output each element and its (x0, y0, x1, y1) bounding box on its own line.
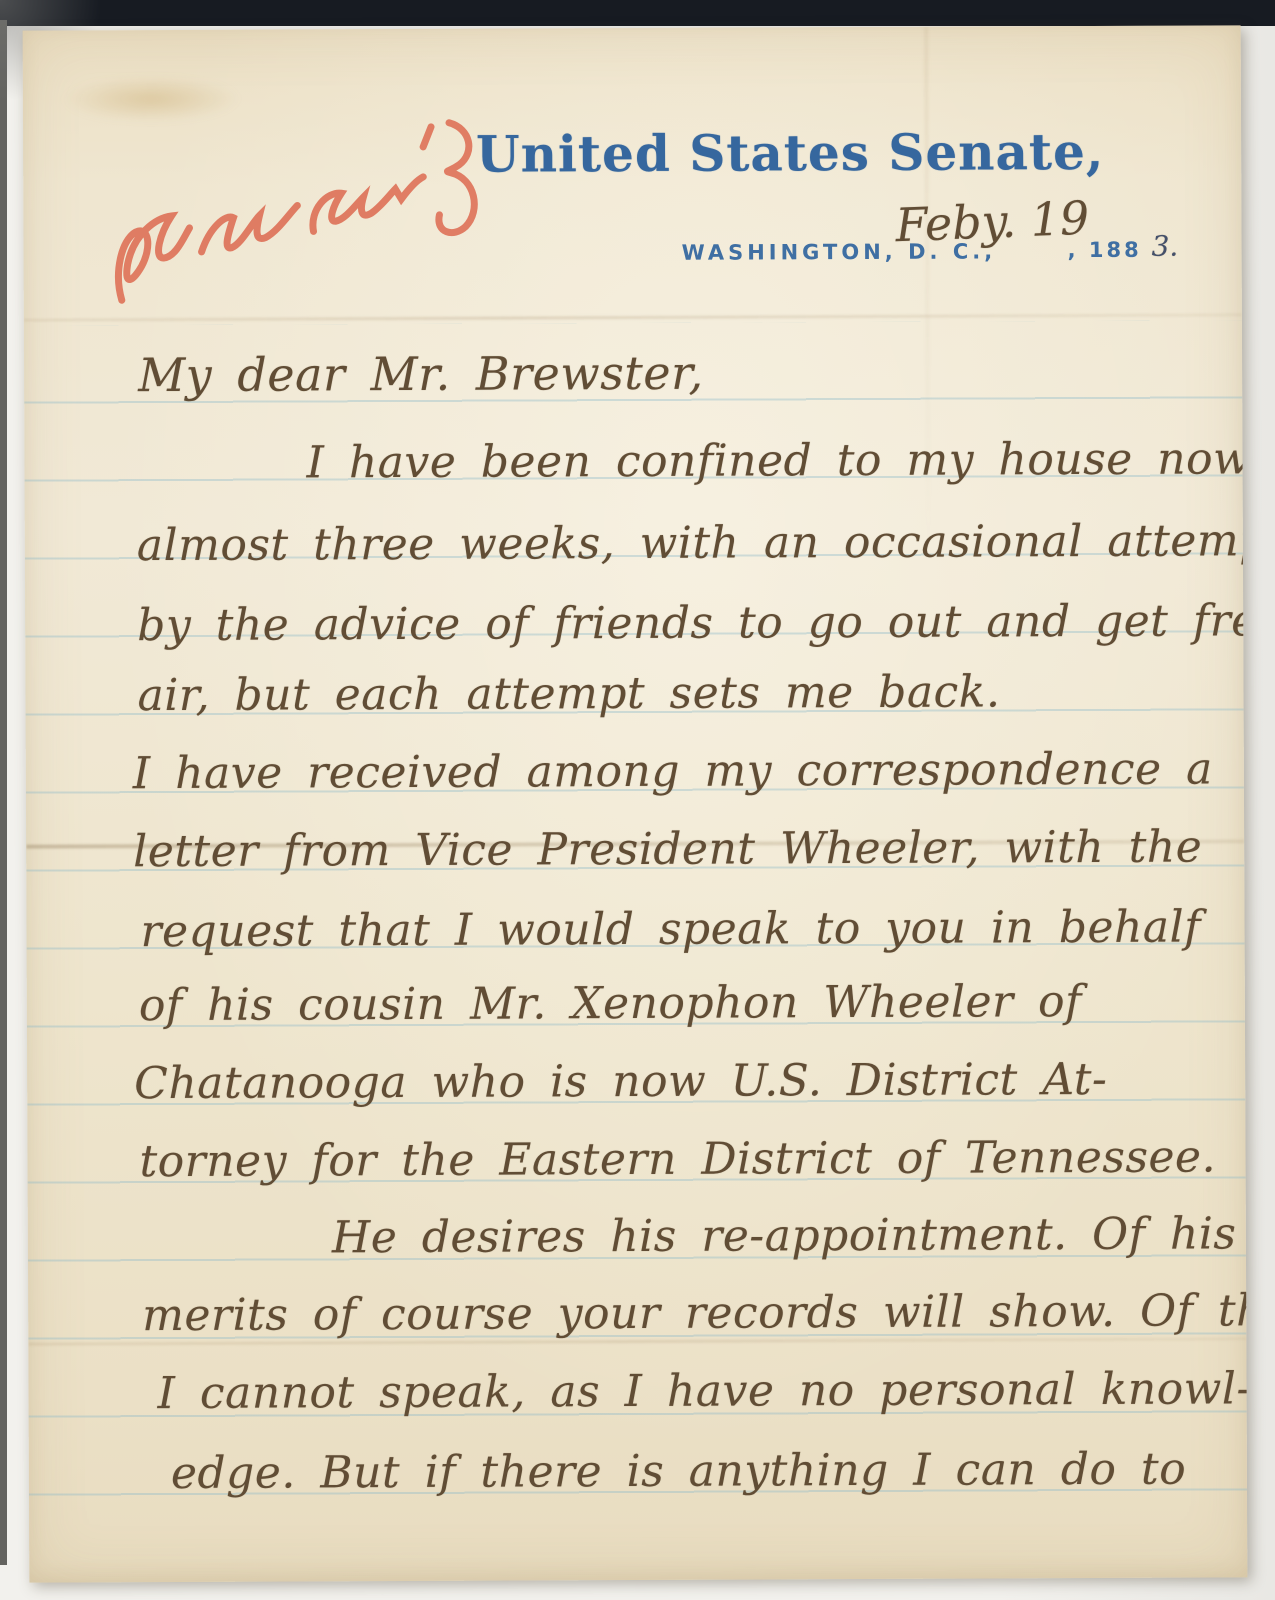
letterhead-organization: United States Senate, (476, 122, 1105, 184)
scan-background: United States Senate, WASHINGTON, D. C.,… (0, 0, 1275, 1600)
letter-line: I cannot speak, as I have no personal kn… (157, 1363, 1247, 1419)
letter-page: United States Senate, WASHINGTON, D. C.,… (23, 25, 1248, 1582)
letter-line: I have been confined to my house now for (306, 433, 1247, 489)
letter-line: almost three weeks, with an occasional a… (137, 515, 1248, 571)
letter-line: letter from Vice President Wheeler, with… (133, 822, 1202, 878)
letter-line: air, but each attempt sets me back. (137, 666, 1000, 721)
letter-line: edge. But if there is anything I can do … (171, 1444, 1186, 1499)
handwritten-date: Feby. 19 (894, 191, 1090, 253)
letterhead-year-prefix: , 188 (1068, 238, 1142, 262)
letter-line: He desires his re-appointment. Of his (332, 1208, 1237, 1263)
scanner-edge-left (0, 20, 7, 1565)
letter-line: Chatanooga who is now U.S. District At- (134, 1054, 1107, 1109)
letter-line: I have received among my correspondence … (133, 743, 1213, 799)
letter-line: torney for the Eastern District of Tenne… (139, 1131, 1216, 1187)
handwritten-year-digit: 3. (1151, 230, 1178, 263)
letter-line: of his cousin Mr. Xenophon Wheeler of (139, 976, 1082, 1031)
letter-line: request that I would speak to you in beh… (140, 902, 1201, 958)
red-pencil-notation (83, 81, 494, 313)
scanner-edge-top (0, 0, 1275, 26)
letter-line: merits of course your records will show.… (142, 1285, 1247, 1341)
salutation: My dear Mr. Brewster, (138, 346, 704, 402)
letter-line: by the advice of friends to go out and g… (137, 595, 1247, 651)
